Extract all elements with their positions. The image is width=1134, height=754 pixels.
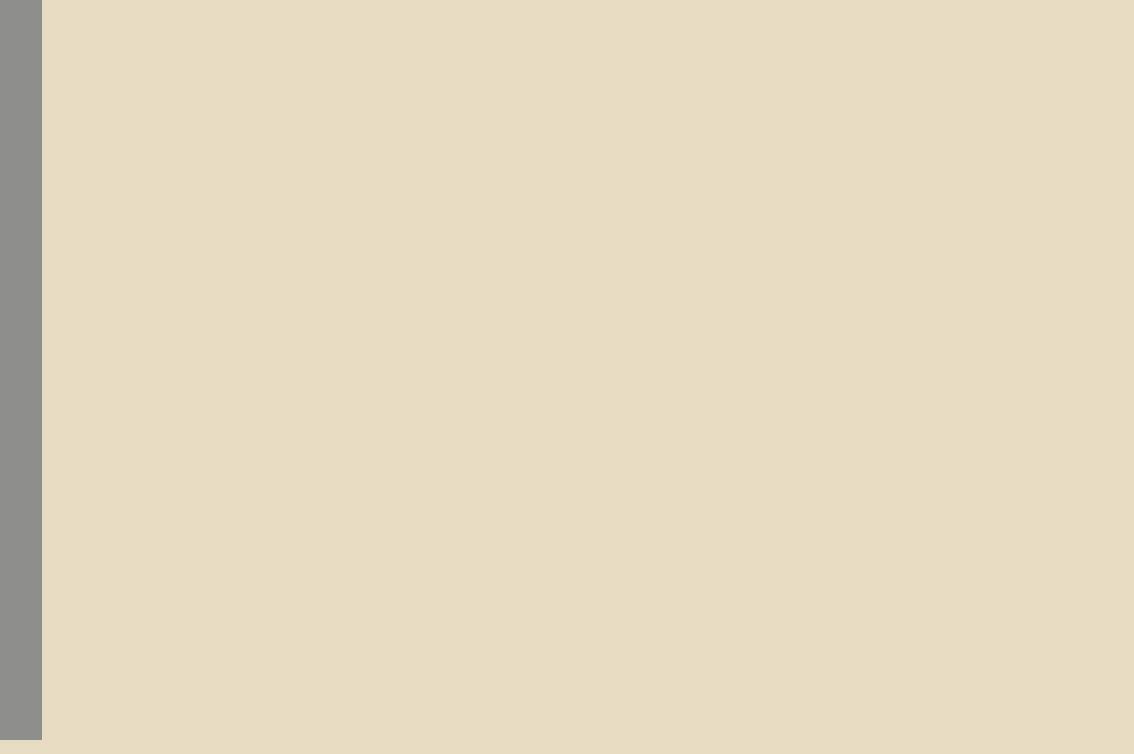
color-scale-target: [0, 0, 42, 740]
